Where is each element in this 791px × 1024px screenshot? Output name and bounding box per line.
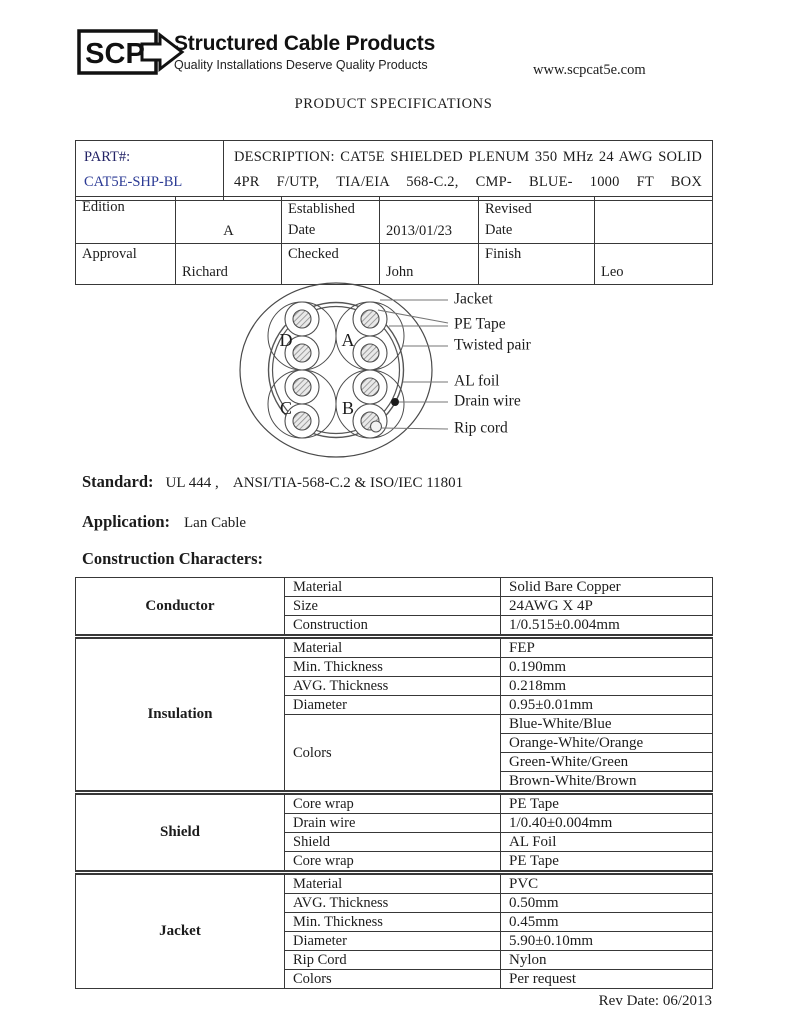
- table-row: PART#: CAT5E-SHP-BL DESCRIPTION: CAT5E S…: [76, 141, 713, 201]
- approval-label: Approval: [76, 243, 176, 284]
- construction-row: ConductorMaterialSolid Bare Copper: [76, 578, 713, 597]
- property-cell: Construction: [285, 616, 501, 637]
- property-cell: Min. Thickness: [285, 913, 501, 932]
- part-label: PART#:: [84, 145, 215, 170]
- pair-label-d: D: [280, 330, 293, 350]
- value-cell: PE Tape: [501, 793, 713, 814]
- value-cell: AL Foil: [501, 833, 713, 852]
- property-cell: Shield: [285, 833, 501, 852]
- callout-al-foil: AL foil: [454, 373, 500, 390]
- property-cell: Diameter: [285, 696, 501, 715]
- value-cell: Orange-White/Orange: [501, 734, 713, 753]
- conductor: [361, 378, 379, 396]
- property-cell: Diameter: [285, 932, 501, 951]
- application-line: Application:Lan Cable: [82, 512, 246, 532]
- conductor: [361, 344, 379, 362]
- value-cell: Per request: [501, 970, 713, 989]
- value-cell: 0.95±0.01mm: [501, 696, 713, 715]
- callout-pe-tape: PE Tape: [454, 316, 506, 333]
- category-cell: Shield: [76, 793, 285, 873]
- value-cell: FEP: [501, 637, 713, 658]
- cable-cross-section-diagram: D A C B Jacket PE Tape Twisted pair AL f…: [228, 274, 728, 466]
- construction-table: ConductorMaterialSolid Bare CopperSize24…: [75, 577, 713, 989]
- conductor: [293, 412, 311, 430]
- rev-date: Rev Date: 06/2013: [75, 993, 712, 1010]
- revised-value: [595, 196, 713, 243]
- callout-drain-wire: Drain wire: [454, 393, 521, 410]
- category-cell: Conductor: [76, 578, 285, 637]
- value-cell: 0.45mm: [501, 913, 713, 932]
- part-number: CAT5E-SHP-BL: [84, 170, 215, 195]
- description-cell: DESCRIPTION: CAT5E SHIELDED PLENUM 350 M…: [224, 141, 713, 201]
- conductor: [293, 378, 311, 396]
- standard-line: Standard:UL 444 , ANSI/TIA-568-C.2 & ISO…: [82, 472, 463, 492]
- property-cell: AVG. Thickness: [285, 894, 501, 913]
- property-cell: Colors: [285, 970, 501, 989]
- conductor: [293, 344, 311, 362]
- pair-label-c: C: [280, 398, 292, 418]
- application-label: Application:: [82, 512, 170, 531]
- page-title: PRODUCT SPECIFICATIONS: [75, 96, 712, 113]
- value-cell: Solid Bare Copper: [501, 578, 713, 597]
- category-cell: Jacket: [76, 873, 285, 989]
- value-cell: PVC: [501, 873, 713, 894]
- conductor: [293, 310, 311, 328]
- pair-label-a: A: [342, 330, 355, 350]
- property-cell: Material: [285, 637, 501, 658]
- property-cell: Min. Thickness: [285, 658, 501, 677]
- property-cell: Size: [285, 597, 501, 616]
- value-cell: 1/0.40±0.004mm: [501, 814, 713, 833]
- application-value: Lan Cable: [184, 515, 246, 531]
- property-cell: Core wrap: [285, 852, 501, 873]
- value-cell: PE Tape: [501, 852, 713, 873]
- drain-wire-dot: [391, 398, 399, 406]
- standard-value: UL 444 , ANSI/TIA-568-C.2 & ISO/IEC 1180…: [166, 475, 464, 491]
- rip-cord-circle: [371, 421, 382, 432]
- value-cell: Nylon: [501, 951, 713, 970]
- value-cell: 1/0.515±0.004mm: [501, 616, 713, 637]
- value-cell: 24AWG X 4P: [501, 597, 713, 616]
- callout-jacket: Jacket: [454, 291, 493, 308]
- established-label: Established Date: [282, 196, 380, 243]
- construction-row: InsulationMaterialFEP: [76, 637, 713, 658]
- conductor: [361, 310, 379, 328]
- logo-text: SCP: [85, 38, 145, 70]
- property-cell: Rip Cord: [285, 951, 501, 970]
- revised-label: Revised Date: [479, 196, 595, 243]
- property-cell: Material: [285, 873, 501, 894]
- construction-title: Construction Characters:: [82, 549, 263, 569]
- brand-block: Structured Cable Products Quality Instal…: [174, 32, 435, 72]
- pair-label-b: B: [342, 398, 354, 418]
- table-row: Edition A Established Date 2013/01/23 Re…: [76, 196, 713, 243]
- edition-value: A: [176, 196, 282, 243]
- property-cell: AVG. Thickness: [285, 677, 501, 696]
- edition-label: Edition: [76, 196, 176, 243]
- standard-label: Standard:: [82, 472, 154, 491]
- callout-twisted-pair: Twisted pair: [454, 337, 532, 354]
- value-cell: Green-White/Green: [501, 753, 713, 772]
- property-cell: Colors: [285, 715, 501, 793]
- value-cell: 5.90±0.10mm: [501, 932, 713, 951]
- property-cell: Core wrap: [285, 793, 501, 814]
- part-cell: PART#: CAT5E-SHP-BL: [76, 141, 224, 201]
- document-page: SCP Structured Cable Products Quality In…: [0, 0, 791, 1024]
- value-cell: 0.190mm: [501, 658, 713, 677]
- brand-tagline: Quality Installations Deserve Quality Pr…: [174, 58, 435, 72]
- callout-rip-cord: Rip cord: [454, 420, 508, 437]
- construction-row: ShieldCore wrapPE Tape: [76, 793, 713, 814]
- value-cell: 0.218mm: [501, 677, 713, 696]
- value-cell: 0.50mm: [501, 894, 713, 913]
- established-value: 2013/01/23: [380, 196, 479, 243]
- value-cell: Brown-White/Brown: [501, 772, 713, 793]
- revision-table: Edition A Established Date 2013/01/23 Re…: [75, 196, 713, 285]
- value-cell: Blue-White/Blue: [501, 715, 713, 734]
- category-cell: Insulation: [76, 637, 285, 793]
- construction-row: JacketMaterialPVC: [76, 873, 713, 894]
- website-url: www.scpcat5e.com: [533, 62, 646, 79]
- property-cell: Material: [285, 578, 501, 597]
- brand-name: Structured Cable Products: [174, 32, 435, 56]
- property-cell: Drain wire: [285, 814, 501, 833]
- part-description-table: PART#: CAT5E-SHP-BL DESCRIPTION: CAT5E S…: [75, 140, 713, 201]
